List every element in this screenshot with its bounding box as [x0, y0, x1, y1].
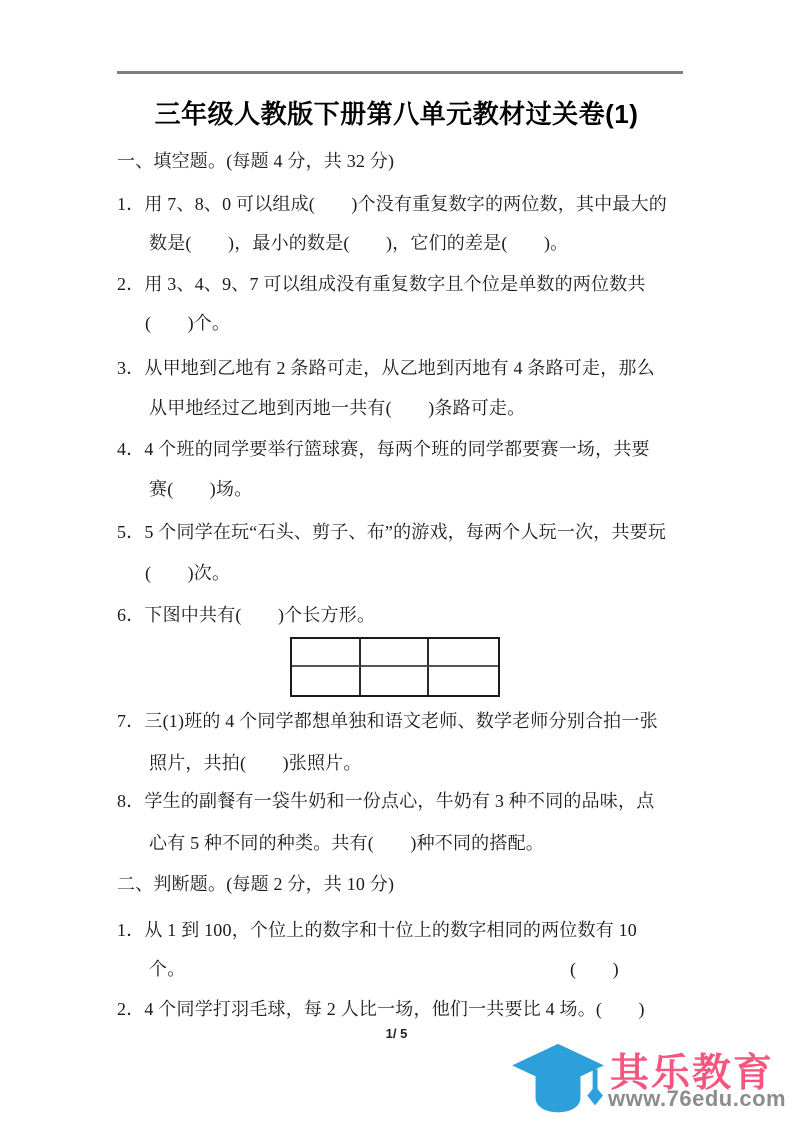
question-line: 1．用 7、8、0 可以组成( )个没有重复数字的两位数，其中最大的	[117, 192, 667, 217]
question-line: 心有 5 种不同的种类。共有( )种不同的搭配。	[149, 831, 544, 856]
question-line: 从甲地经过乙地到丙地一共有( )条路可走。	[149, 396, 525, 421]
question-line: 2．4 个同学打羽毛球，每 2 人比一场，他们一共要比 4 场。( )	[117, 997, 645, 1022]
grid-cell	[292, 667, 361, 695]
worksheet-page: 三年级人教版下册第八单元教材过关卷(1) 一、填空题。(每题 4 分，共 32 …	[0, 0, 793, 1122]
question-line: 数是( )，最小的数是( )，它们的差是( )。	[149, 231, 568, 256]
question-line: 个。	[149, 957, 185, 982]
question-line: 4．4 个班的同学要举行篮球赛，每两个班的同学都要赛一场，共要	[117, 437, 650, 462]
question-line: 7．三(1)班的 4 个同学都想单独和语文老师、数学老师分别合拍一张	[117, 709, 658, 734]
question-line: 6．下图中共有( )个长方形。	[117, 603, 375, 628]
grid-cell	[292, 639, 361, 667]
brand-logo: 其乐教育 www.76edu.com	[500, 1036, 793, 1122]
question-line: 5．5 个同学在玩“石头、剪子、布”的游戏，每两个人玩一次，共要玩	[117, 520, 666, 545]
header-rule	[117, 71, 683, 74]
grid-cell	[429, 639, 498, 667]
graduation-cap-icon	[508, 1040, 608, 1122]
brand-website: www.76edu.com	[608, 1086, 786, 1112]
judgement-answer-blank: ( )	[570, 957, 619, 982]
section-2-header: 二、判断题。(每题 2 分，共 10 分)	[117, 872, 394, 897]
question-line: 赛( )场。	[149, 477, 252, 502]
grid-cell	[361, 667, 430, 695]
section-1-header: 一、填空题。(每题 4 分，共 32 分)	[117, 149, 394, 174]
question-line: 1．从 1 到 100，个位上的数字和十位上的数字相同的两位数有 10	[117, 918, 637, 943]
document-title: 三年级人教版下册第八单元教材过关卷(1)	[0, 94, 793, 131]
rectangle-grid-figure	[290, 637, 500, 697]
question-line: 3．从甲地到乙地有 2 条路可走，从乙地到丙地有 4 条路可走，那么	[117, 356, 655, 381]
question-line: 8．学生的副餐有一袋牛奶和一份点心，牛奶有 3 种不同的品味，点	[117, 789, 654, 814]
question-line: 照片，共拍( )张照片。	[149, 751, 362, 776]
question-line: ( )个。	[145, 311, 230, 336]
grid-cell	[429, 667, 498, 695]
question-line: ( )次。	[145, 561, 230, 586]
question-line: 2．用 3、4、9、7 可以组成没有重复数字且个位是单数的两位数共	[117, 272, 646, 297]
grid-cell	[361, 639, 430, 667]
